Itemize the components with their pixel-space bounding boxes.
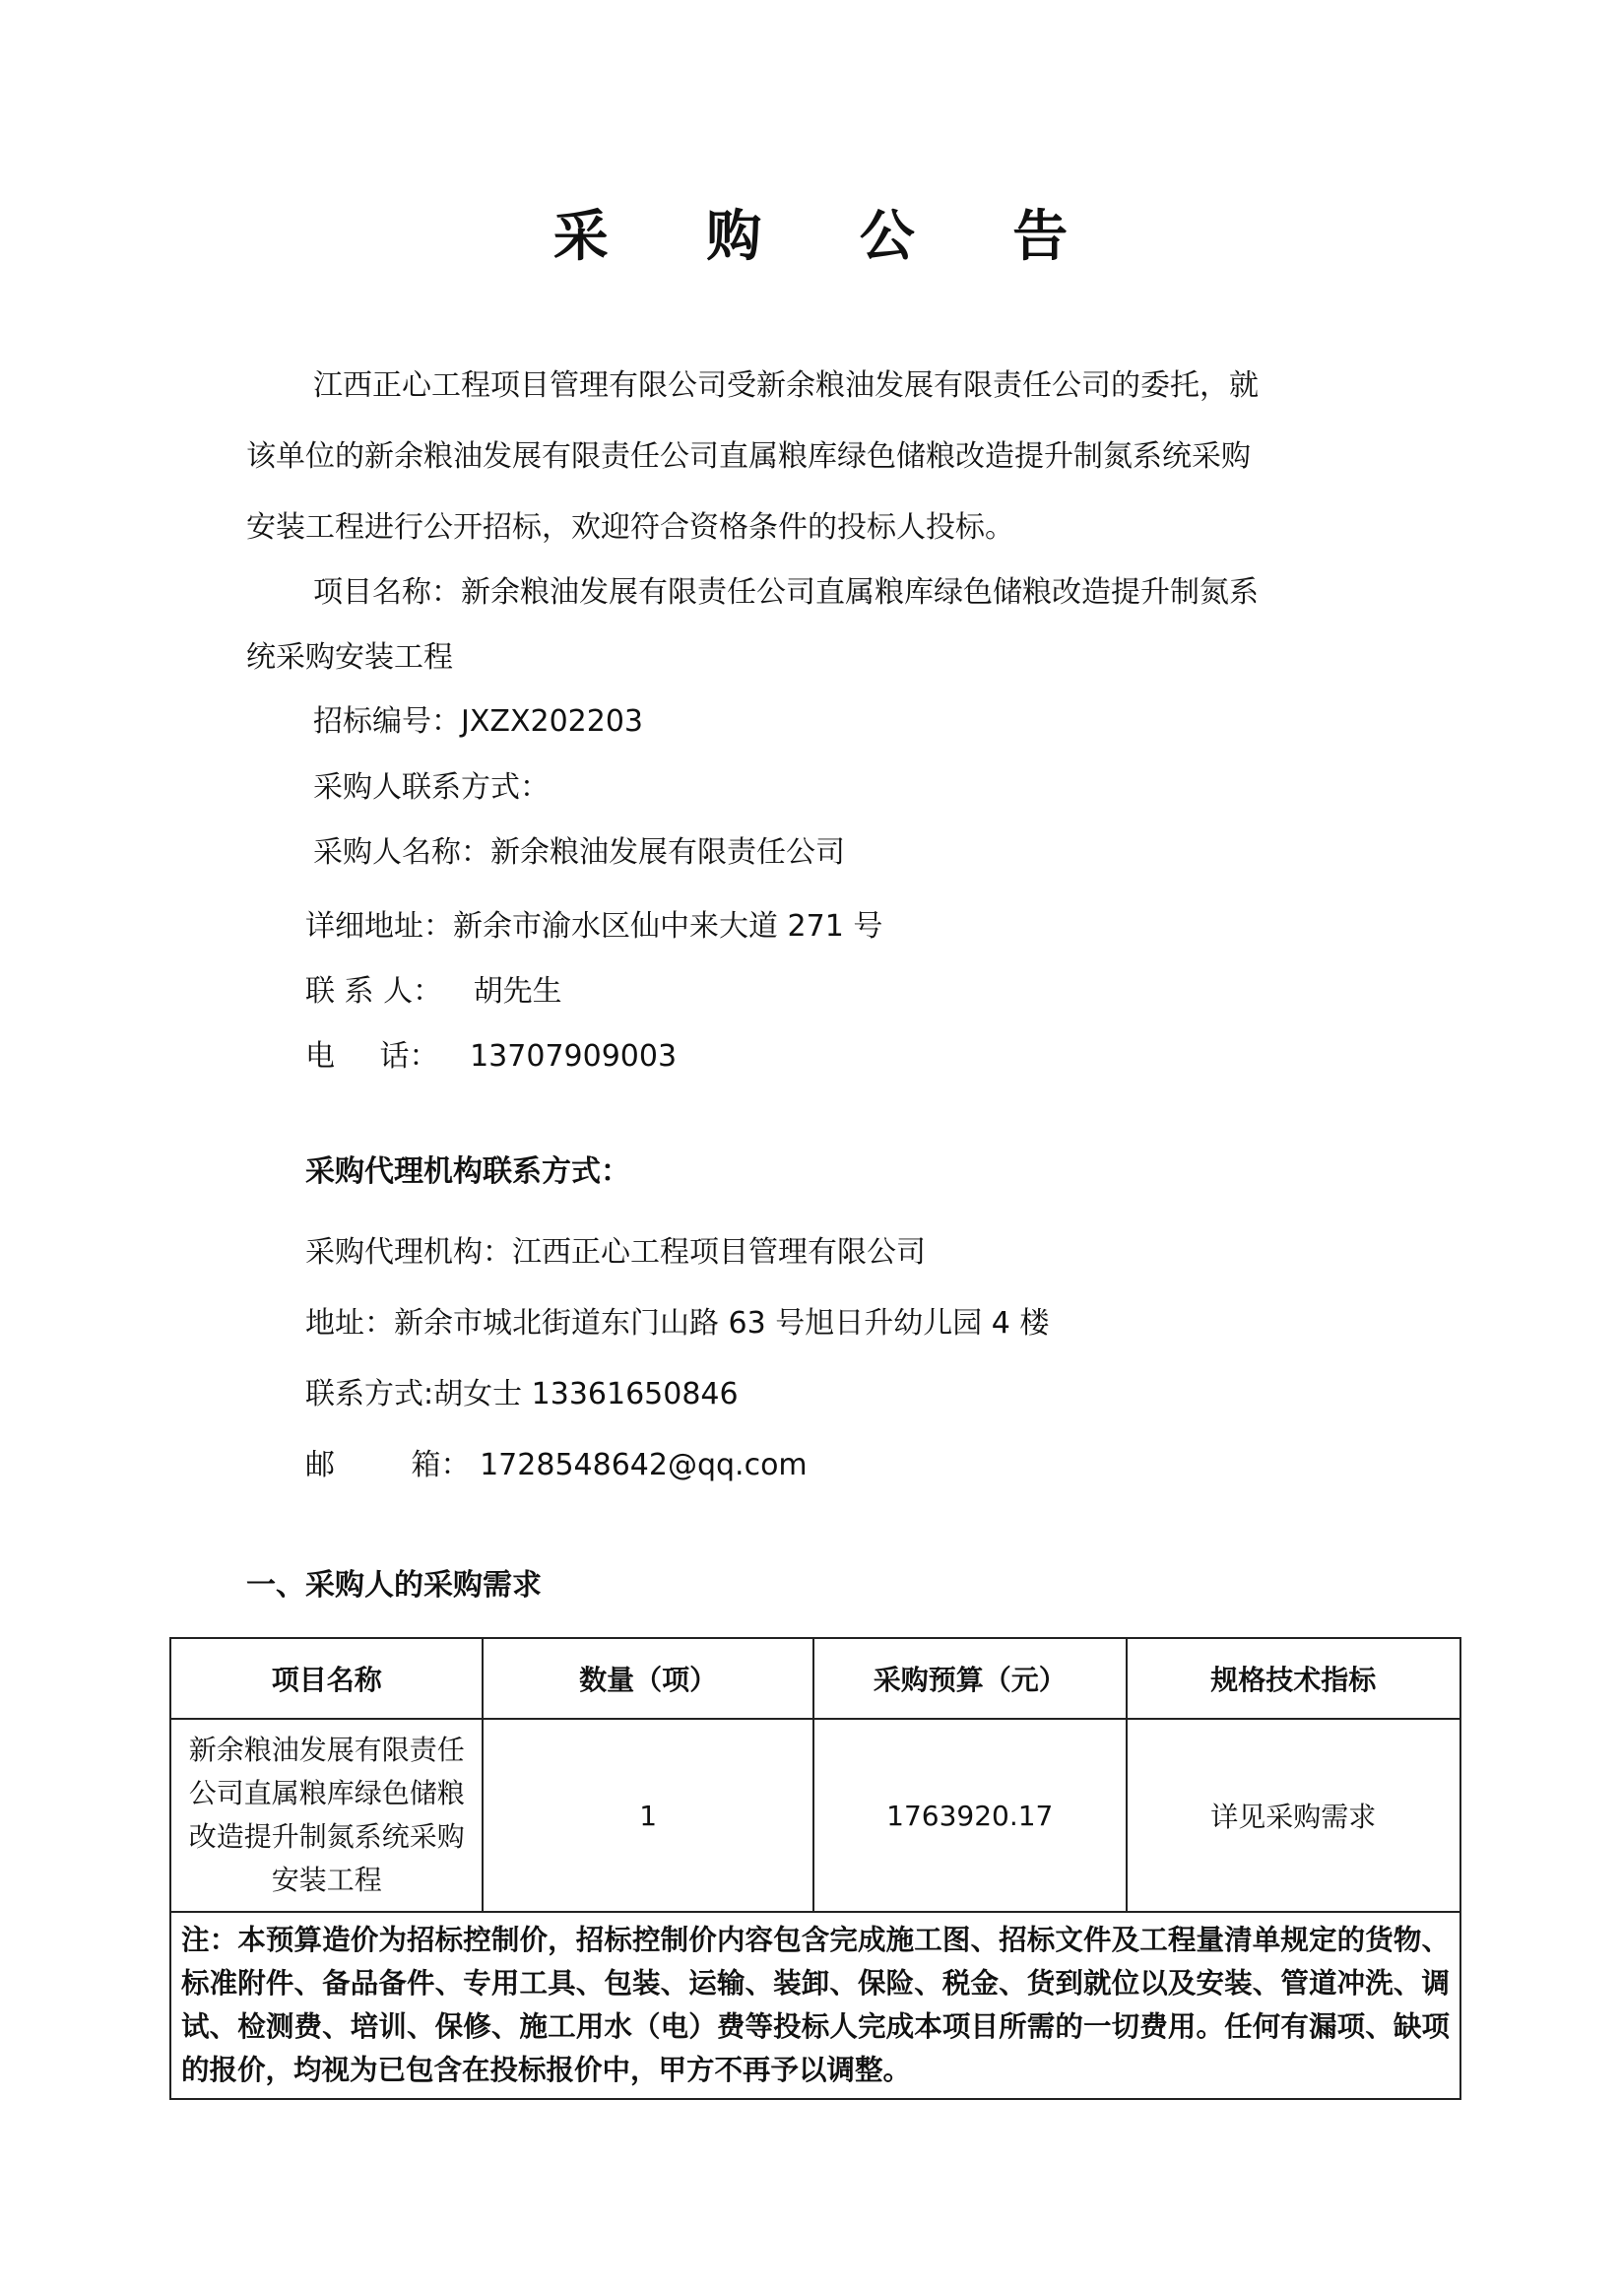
header-budget: 采购预算（元） xyxy=(813,1638,1127,1719)
intro-line-1: 江西正心工程项目管理有限公司受新余粮油发展有限责任公司的委托，就 xyxy=(313,366,1259,406)
purchaser-contact: 联 系 人： 胡先生 xyxy=(305,972,562,1012)
page-title: 采 购 公 告 xyxy=(0,202,1621,271)
header-quantity: 数量（项） xyxy=(483,1638,812,1719)
requirements-table: 项目名称 数量（项） 采购预算（元） 规格技术指标 新余粮油发展有限责任公司直属… xyxy=(169,1637,1461,2100)
purchaser-name: 采购人名称：新余粮油发展有限责任公司 xyxy=(313,833,845,873)
tender-number: 招标编号：JXZX202203 xyxy=(313,702,643,742)
purchaser-address: 详细地址：新余市渝水区仙中来大道 271 号 xyxy=(305,907,882,947)
table-header-row: 项目名称 数量（项） 采购预算（元） 规格技术指标 xyxy=(170,1638,1460,1719)
email-label-1: 邮 xyxy=(305,1448,335,1482)
intro-line-2: 该单位的新余粮油发展有限责任公司直属粮库绿色储粮改造提升制氮系统采购 xyxy=(246,437,1251,477)
table-row: 新余粮油发展有限责任公司直属粮库绿色储粮改造提升制氮系统采购安装工程 1 176… xyxy=(170,1719,1460,1912)
table-note: 注：本预算造价为招标控制价，招标控制价内容包含完成施工图、招标文件及工程量清单规… xyxy=(170,1912,1460,2099)
header-project-name: 项目名称 xyxy=(170,1638,483,1719)
agency-address: 地址：新余市城北街道东门山路 63 号旭日升幼儿园 4 楼 xyxy=(305,1304,1049,1344)
cell-spec: 详见采购需求 xyxy=(1127,1719,1460,1912)
agency-heading: 采购代理机构联系方式： xyxy=(305,1152,630,1192)
section-heading: 一、采购人的采购需求 xyxy=(246,1566,542,1606)
phone-value: 13707909003 xyxy=(470,1039,677,1074)
email-value: 1728548642@qq.com xyxy=(480,1448,808,1482)
cell-quantity: 1 xyxy=(483,1719,812,1912)
table-note-row: 注：本预算造价为招标控制价，招标控制价内容包含完成施工图、招标文件及工程量清单规… xyxy=(170,1912,1460,2099)
agency-name: 采购代理机构：江西正心工程项目管理有限公司 xyxy=(305,1233,926,1273)
agency-contact: 联系方式:胡女士 13361650846 xyxy=(305,1375,739,1414)
purchaser-phone: 电 话： 13707909003 xyxy=(305,1037,677,1077)
purchaser-heading: 采购人联系方式： xyxy=(313,768,550,808)
project-name-line-2: 统采购安装工程 xyxy=(246,638,453,678)
cell-project-name: 新余粮油发展有限责任公司直属粮库绿色储粮改造提升制氮系统采购安装工程 xyxy=(170,1719,483,1912)
phone-label-2: 话： xyxy=(380,1039,439,1074)
intro-line-3: 安装工程进行公开招标，欢迎符合资格条件的投标人投标。 xyxy=(246,508,1014,548)
phone-label-1: 电 xyxy=(305,1039,335,1074)
agency-email: 邮 箱： 1728548642@qq.com xyxy=(305,1446,808,1485)
contact-label: 联 系 人： xyxy=(305,974,442,1009)
project-name-line-1: 项目名称：新余粮油发展有限责任公司直属粮库绿色储粮改造提升制氮系 xyxy=(313,573,1259,613)
header-spec: 规格技术指标 xyxy=(1127,1638,1460,1719)
email-label-2: 箱： xyxy=(412,1448,471,1482)
cell-budget: 1763920.17 xyxy=(813,1719,1127,1912)
contact-value: 胡先生 xyxy=(474,974,562,1009)
